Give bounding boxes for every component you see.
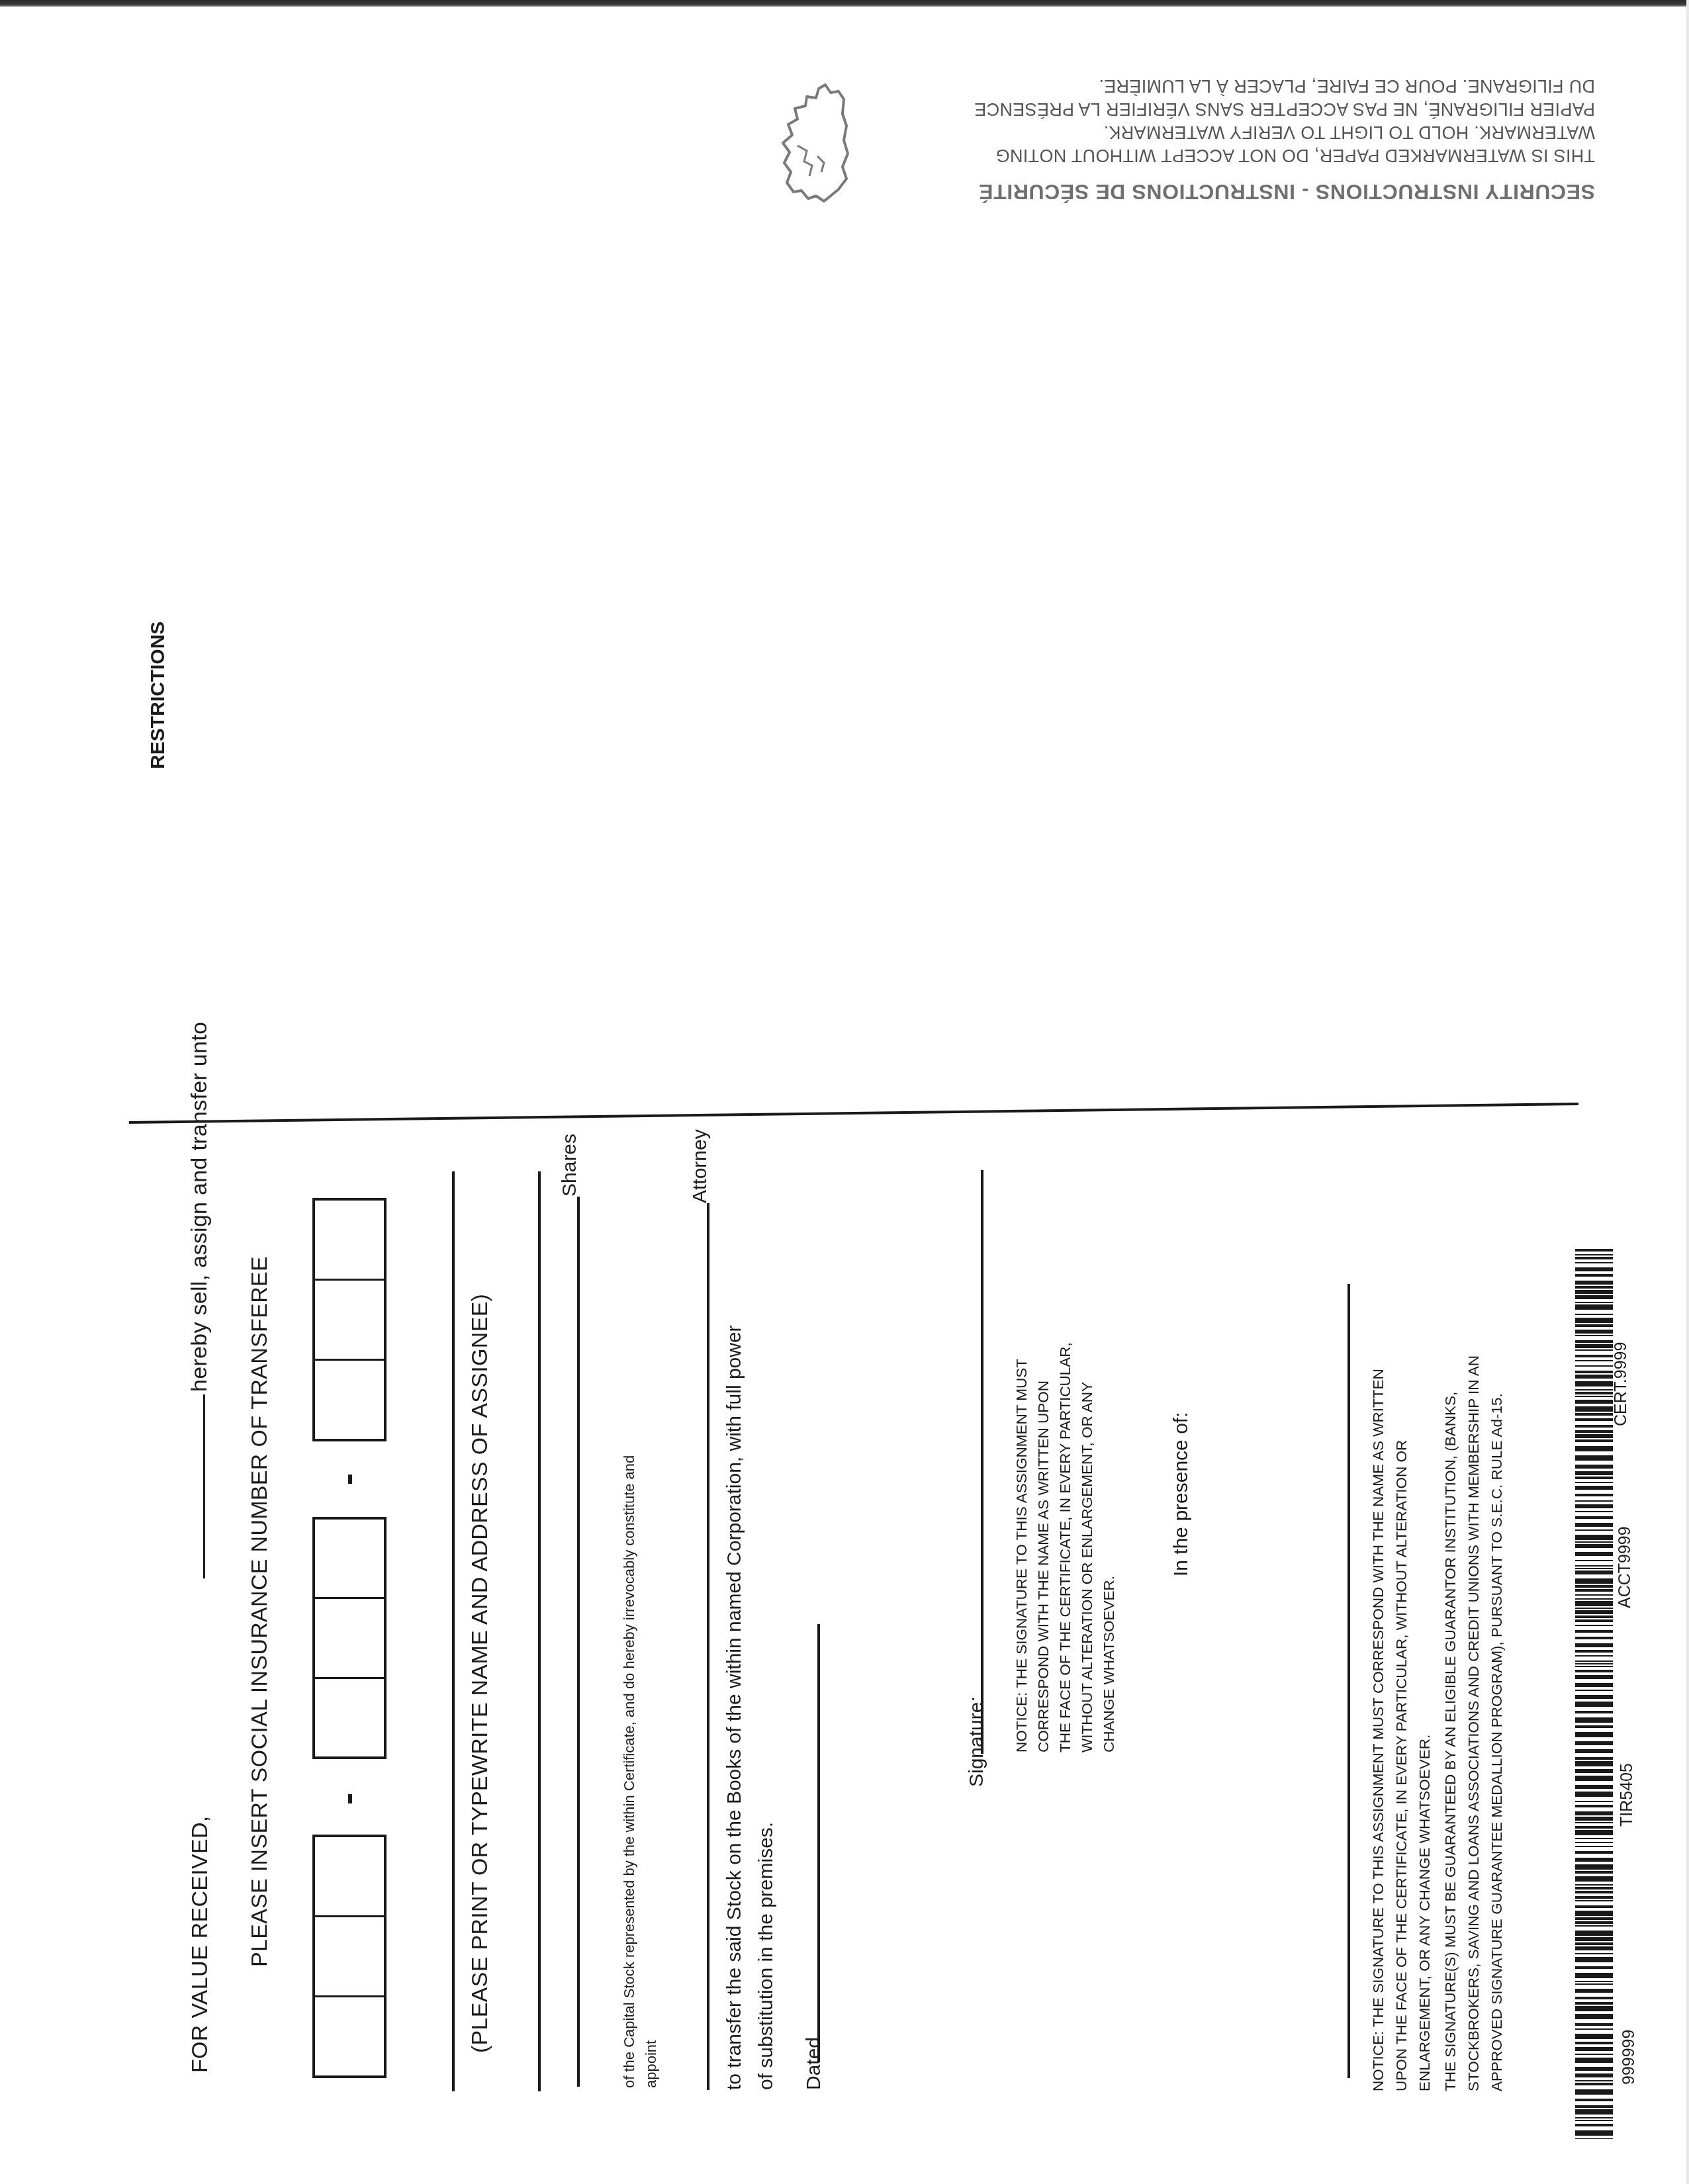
sin-separator-dash (348, 1475, 352, 1484)
sin-group-2 (312, 1517, 387, 1759)
sin-digit-box[interactable] (315, 1281, 384, 1361)
signature-notice-line: THE FACE OF THE CERTIFICATE, IN EVERY PA… (1054, 1342, 1076, 1752)
signature-notice-line: CHANGE WHATSOEVER. (1098, 1576, 1120, 1752)
sin-separator-dash (348, 1794, 352, 1803)
signature-notice-line: CORRESPOND WITH THE NAME AS WRITTEN UPON (1032, 1381, 1054, 1752)
assignee-address-line[interactable] (538, 1171, 541, 2091)
guarantee-notice-line: STOCKBROKERS, SAVING AND LOANS ASSOCIATI… (1463, 1355, 1484, 2091)
security-line: THIS IS WATERMARKED PAPER, DO NOT ACCEPT… (940, 144, 1595, 167)
guarantee-notice-line: APPROVED SIGNATURE GUARANTEE MEDALLION P… (1486, 1393, 1508, 2091)
security-instructions: SECURITY INSTRUCTIONS - INSTRUCTIONS DE … (940, 66, 1595, 205)
scan-right-edge (1686, 0, 1689, 2184)
guarantee-notice-line: THE SIGNATURE(S) MUST BE GUARANTEED BY A… (1439, 1392, 1461, 2091)
barcode-code-cert: CERT.9999 (1611, 1342, 1631, 1426)
security-line: DU FILIGRANE. POUR CE FAIRE, PLACER À LA… (940, 74, 1595, 97)
transfer-text: to transfer the said Stock on the Books … (723, 1325, 747, 2090)
sin-group-1 (312, 1835, 387, 2078)
guarantee-notice-line: ENLARGEMENT, OR ANY CHANGE WHATSOEVER. (1414, 1735, 1436, 2091)
assign-transfer-text: hereby sell, assign and transfer unto (186, 1022, 212, 1392)
restrictions-heading: RESTRICTIONS (146, 621, 170, 769)
sin-digit-box[interactable] (315, 1599, 384, 1678)
sin-digit-box[interactable] (315, 1201, 384, 1281)
barcode-code-tir: TIR5405 (1617, 1763, 1637, 1827)
sin-digit-box[interactable] (315, 1361, 384, 1439)
barcode-code-1: 999999 (1619, 2030, 1639, 2085)
signature-notice-line: WITHOUT ALTERATION OR ENLARGEMENT, OR AN… (1076, 1382, 1098, 1752)
signature-notice-line: NOTICE: THE SIGNATURE TO THIS ASSIGNMENT… (1011, 1359, 1032, 1752)
sin-digit-box[interactable] (315, 1917, 384, 1997)
security-line: PAPIER FILIGRANÉ, NE PAS ACCEPTER SANS V… (940, 97, 1595, 120)
security-title: SECURITY INSTRUCTIONS - INSTRUCTIONS DE … (940, 179, 1595, 205)
seller-name-field[interactable] (203, 1394, 205, 1578)
assignee-name-line[interactable] (452, 1171, 455, 2091)
appoint-text: appoint (641, 2040, 662, 2088)
name-address-label: (PLEASE PRINT OR TYPEWRITE NAME AND ADDR… (467, 1294, 493, 2053)
canada-map-outline-icon (778, 79, 857, 205)
sin-group-3 (312, 1198, 387, 1441)
guarantee-notice-line: NOTICE: THE SIGNATURE TO THIS ASSIGNMENT… (1367, 1369, 1389, 2091)
signature-label: Signature: (965, 1696, 989, 1787)
scan-top-edge (0, 0, 1689, 7)
guarantee-notice-line: UPON THE FACE OF THE CERTIFICATE, IN EVE… (1391, 1440, 1412, 2091)
substitution-text: of substitution in the premises. (754, 1822, 778, 2090)
attorney-label: Attorney (688, 1129, 712, 1203)
signature-field-line[interactable] (981, 1170, 983, 1754)
presence-label: In the presence of: (1169, 1412, 1193, 1577)
attorney-name-line[interactable] (707, 1203, 709, 2090)
date-field-line[interactable] (817, 1624, 820, 2062)
dated-label: Dated (802, 2037, 826, 2090)
sin-digit-box[interactable] (315, 1679, 384, 1756)
sin-digit-box[interactable] (315, 1997, 384, 2075)
capital-stock-text: of the Capital Stock represented by the … (619, 1455, 640, 2088)
barcode (1575, 1249, 1613, 2139)
sin-label: PLEASE INSERT SOCIAL INSURANCE NUMBER OF… (246, 1256, 273, 1967)
guarantor-signature-line[interactable] (1347, 1284, 1350, 2078)
security-body: THIS IS WATERMARKED PAPER, DO NOT ACCEPT… (940, 74, 1595, 167)
barcode-code-acct: ACCT9999 (1615, 1526, 1635, 1608)
for-value-received-label: FOR VALUE RECEIVED, (187, 1815, 213, 2073)
fold-divider (126, 1099, 1582, 1125)
shares-quantity-line[interactable] (577, 1197, 580, 2087)
security-line: WATERMARK. HOLD TO LIGHT TO VERIFY WATER… (940, 120, 1595, 144)
sin-digit-box[interactable] (315, 1837, 384, 1917)
shares-label: Shares (558, 1134, 582, 1197)
sin-digit-box[interactable] (315, 1520, 384, 1599)
